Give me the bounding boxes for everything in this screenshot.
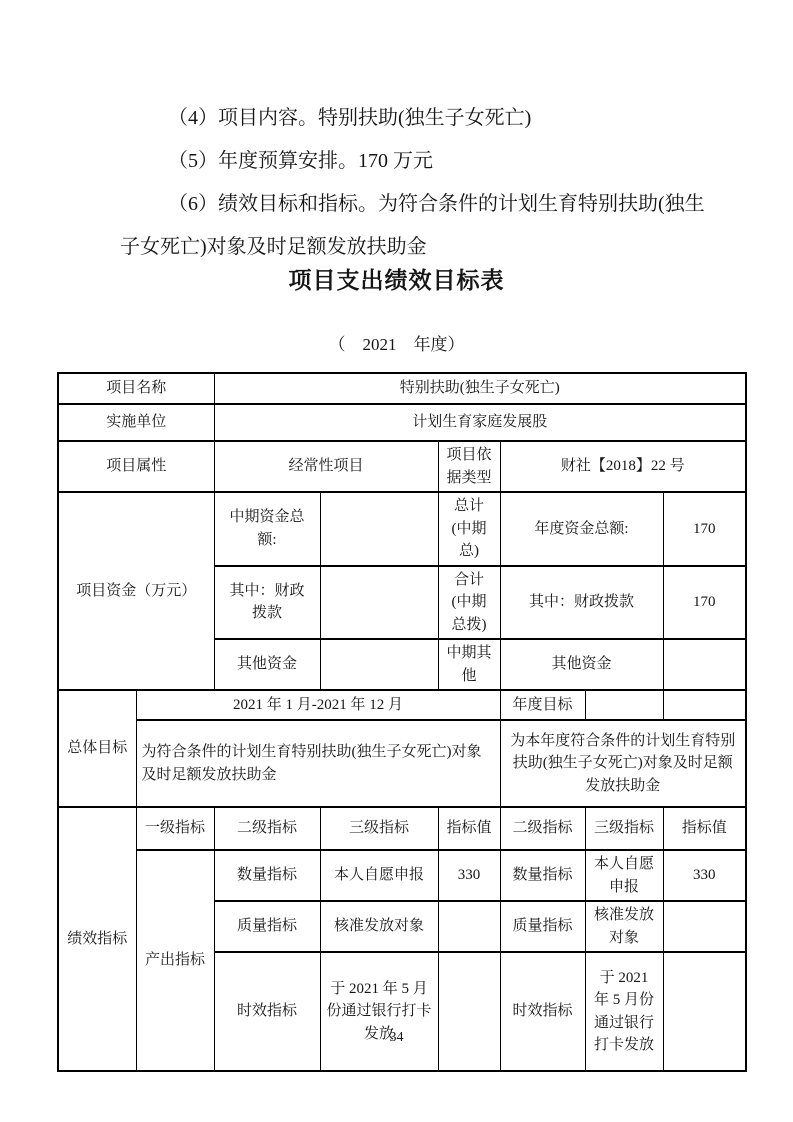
cell-col-level2: 二级指标 (214, 807, 320, 850)
cell-annual-fiscal-label: 其中：财政拨款 (500, 566, 663, 640)
empty-cell (585, 690, 663, 720)
cell-mid-other-value (320, 639, 438, 690)
cell-quality-label-b: 质量指标 (500, 901, 585, 952)
table-row: 为符合条件的计划生育特别扶助(独生子女死亡)对象及时足额发放扶助金 为本年度符合… (58, 720, 746, 807)
cell-quantity-l3: 本人自愿申报 (320, 850, 438, 901)
cell-mid-total-type: 总计 (中期 总) (438, 492, 500, 566)
cell-col-level1: 一级指标 (136, 807, 214, 850)
cell-timeliness-label-b: 时效指标 (500, 952, 585, 1071)
cell-timeliness-l3: 于 2021 年 5 月份通过银行打卡发放 (320, 952, 438, 1071)
table-row: 项目属性 经常性项目 项目依据类型 财社【2018】22 号 (58, 441, 746, 492)
cell-project-name-label: 项目名称 (58, 373, 214, 404)
cell-implement-unit-label: 实施单位 (58, 404, 214, 441)
intro-paragraphs: （4）项目内容。特别扶助(独生子女死亡) （5）年度预算安排。170 万元 （6… (120, 97, 683, 269)
cell-quality-label: 质量指标 (214, 901, 320, 952)
cell-mid-fiscal-value (320, 566, 438, 640)
cell-annual-goal-label: 年度目标 (500, 690, 585, 720)
table-row: 项目名称 特别扶助(独生子女死亡) (58, 373, 746, 404)
cell-quality-value (438, 901, 500, 952)
cell-timeliness-value-b (663, 952, 746, 1071)
page-number: 34 (0, 1030, 793, 1046)
cell-mid-total-label: 中期资金总 额: (214, 492, 320, 566)
cell-quantity-l3-b: 本人自愿申报 (585, 850, 663, 901)
cell-mid-other-type: 中期其 他 (438, 639, 500, 690)
cell-quality-value-b (663, 901, 746, 952)
table-row: 项目资金（万元） 中期资金总 额: 总计 (中期 总) 年度资金总额: 170 (58, 492, 746, 566)
cell-quantity-label-b: 数量指标 (500, 850, 585, 901)
subtitle-year: （ 2021 年度） (0, 330, 793, 355)
paragraph-item-4: （4）项目内容。特别扶助(独生子女死亡) (120, 97, 683, 140)
cell-annual-total-value: 170 (663, 492, 746, 566)
table-row: 总体目标 2021 年 1 月-2021 年 12 月 年度目标 (58, 690, 746, 720)
cell-col-level2b: 二级指标 (500, 807, 585, 850)
cell-timeliness-label: 时效指标 (214, 952, 320, 1071)
cell-quality-l3: 核准发放对象 (320, 901, 438, 952)
cell-implement-unit-value: 计划生育家庭发展股 (214, 404, 746, 441)
cell-attribute-value: 经常性项目 (214, 441, 438, 492)
table-row: 产出指标 数量指标 本人自愿申报 330 数量指标 本人自愿申报 330 (58, 850, 746, 901)
empty-cell (663, 690, 746, 720)
cell-basis-type-value: 财社【2018】22 号 (500, 441, 746, 492)
cell-mid-fiscal-type: 合计 (中期 总拨) (438, 566, 500, 640)
cell-annual-other-label: 其他资金 (500, 639, 663, 690)
paragraph-item-6: （6）绩效目标和指标。为符合条件的计划生育特别扶助(独生 (120, 183, 683, 226)
performance-target-table: 项目名称 特别扶助(独生子女死亡) 实施单位 计划生育家庭发展股 项目属性 经常… (57, 372, 747, 1072)
cell-col-level3b: 三级指标 (585, 807, 663, 850)
paragraph-item-5: （5）年度预算安排。170 万元 (120, 140, 683, 183)
table-row: 绩效指标 一级指标 二级指标 三级指标 指标值 二级指标 三级指标 指标值 (58, 807, 746, 850)
page-title: 项目支出绩效目标表 (0, 262, 793, 295)
cell-attribute-label: 项目属性 (58, 441, 214, 492)
cell-annual-other-value (663, 639, 746, 690)
cell-annual-total-label: 年度资金总额: (500, 492, 663, 566)
cell-quantity-label: 数量指标 (214, 850, 320, 901)
cell-annual-fiscal-value: 170 (663, 566, 746, 640)
cell-quantity-value-b: 330 (663, 850, 746, 901)
cell-col-valueb: 指标值 (663, 807, 746, 850)
cell-mid-other-label: 其他资金 (214, 639, 320, 690)
cell-goal-period: 2021 年 1 月-2021 年 12 月 (136, 690, 500, 720)
cell-mid-fiscal-label: 其中：财政 拨款 (214, 566, 320, 640)
cell-col-value: 指标值 (438, 807, 500, 850)
cell-project-name-value: 特别扶助(独生子女死亡) (214, 373, 746, 404)
cell-period-goal-text: 为符合条件的计划生育特别扶助(独生子女死亡)对象及时足额发放扶助金 (136, 720, 500, 807)
cell-col-level3: 三级指标 (320, 807, 438, 850)
cell-quality-l3-b: 核准发放对象 (585, 901, 663, 952)
cell-mid-total-value (320, 492, 438, 566)
cell-quantity-value: 330 (438, 850, 500, 901)
cell-overall-goal-header: 总体目标 (58, 690, 136, 807)
cell-timeliness-l3-b: 于 2021 年 5 月份通过银行打卡发放 (585, 952, 663, 1071)
cell-basis-type-label: 项目依据类型 (438, 441, 500, 492)
cell-funding-header: 项目资金（万元） (58, 492, 214, 690)
cell-annual-goal-text: 为本年度符合条件的计划生育特别扶助(独生子女死亡)对象及时足额发放扶助金 (500, 720, 746, 807)
table-row: 实施单位 计划生育家庭发展股 (58, 404, 746, 441)
document-page: （4）项目内容。特别扶助(独生子女死亡) （5）年度预算安排。170 万元 （6… (0, 0, 793, 1122)
cell-timeliness-value (438, 952, 500, 1071)
